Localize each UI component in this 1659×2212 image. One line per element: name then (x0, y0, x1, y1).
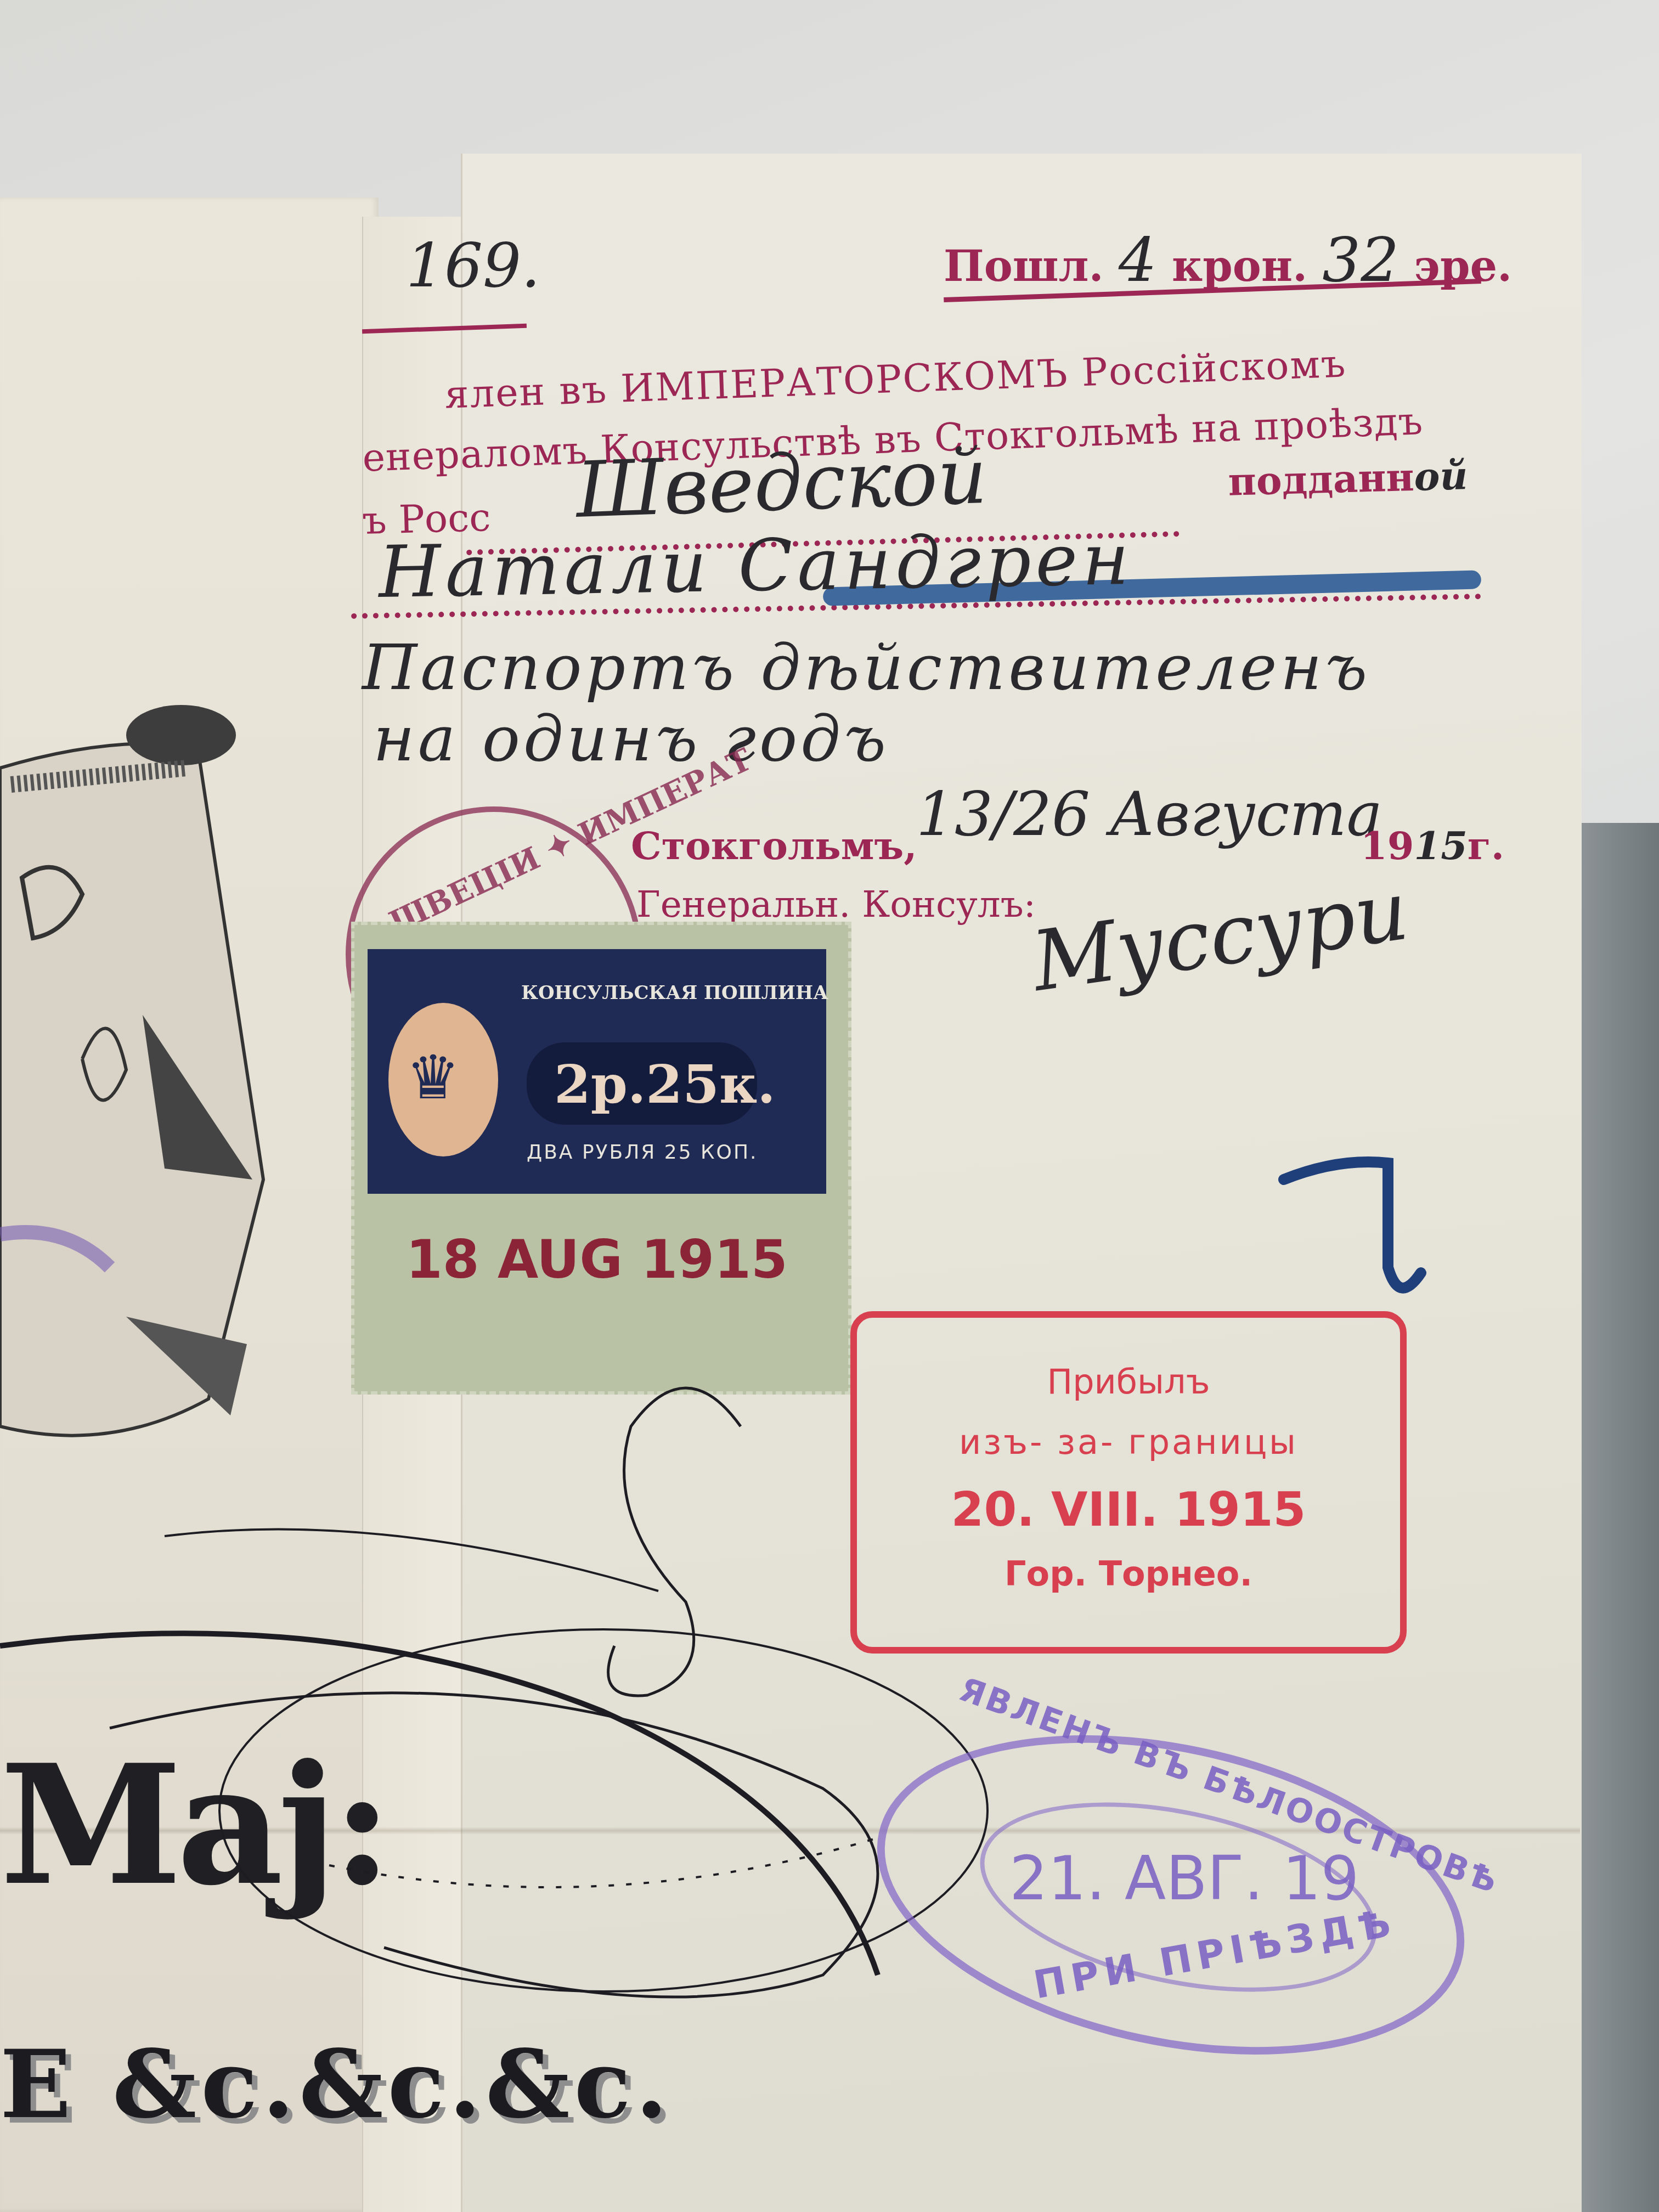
year: 1915г. (1361, 823, 1504, 868)
revenue-stamp-header: КОНСУЛЬСКАЯ ПОШЛИНА (521, 982, 828, 1004)
revenue-stamp-value: 2р.25к. (554, 1053, 776, 1115)
handwritten-date: 13/26 Августа (916, 779, 1383, 849)
handwritten-nationality: Шведской (574, 432, 989, 535)
serial-number: 169. (406, 230, 540, 301)
ornate-etc-letters: E &c.&c.&c. (0, 2030, 672, 2140)
consul-label: Генеральн. Консулъ: (636, 883, 1036, 926)
revenue-stamp-cancel-date: 18 AUG 1915 (406, 1229, 788, 1290)
fee-kronor-label: крон. (1172, 241, 1307, 291)
fee-label: Пошл. (944, 241, 1104, 291)
oval-stamp-date: 21. АВГ. 19 (1009, 1843, 1359, 1914)
fee-kronor: 4 (1119, 225, 1157, 295)
city-label: Стокгольмъ, (631, 823, 917, 868)
blue-pencil-check-icon (1273, 1141, 1426, 1306)
handwritten-validity-note-1: Паспортъ дѣйствителенъ (362, 631, 1370, 704)
handwritten-name: Натали Сандгрен (378, 517, 1134, 614)
revenue-stamp-value-words: ДВА РУБЛЯ 25 КОП. (527, 1141, 758, 1164)
double-headed-eagle-icon: ♛ (406, 1042, 460, 1113)
handwritten-validity-note-2: на одинъ годъ (373, 702, 889, 776)
backdrop (1580, 823, 1659, 2212)
subject-label: подданной (1228, 453, 1469, 504)
